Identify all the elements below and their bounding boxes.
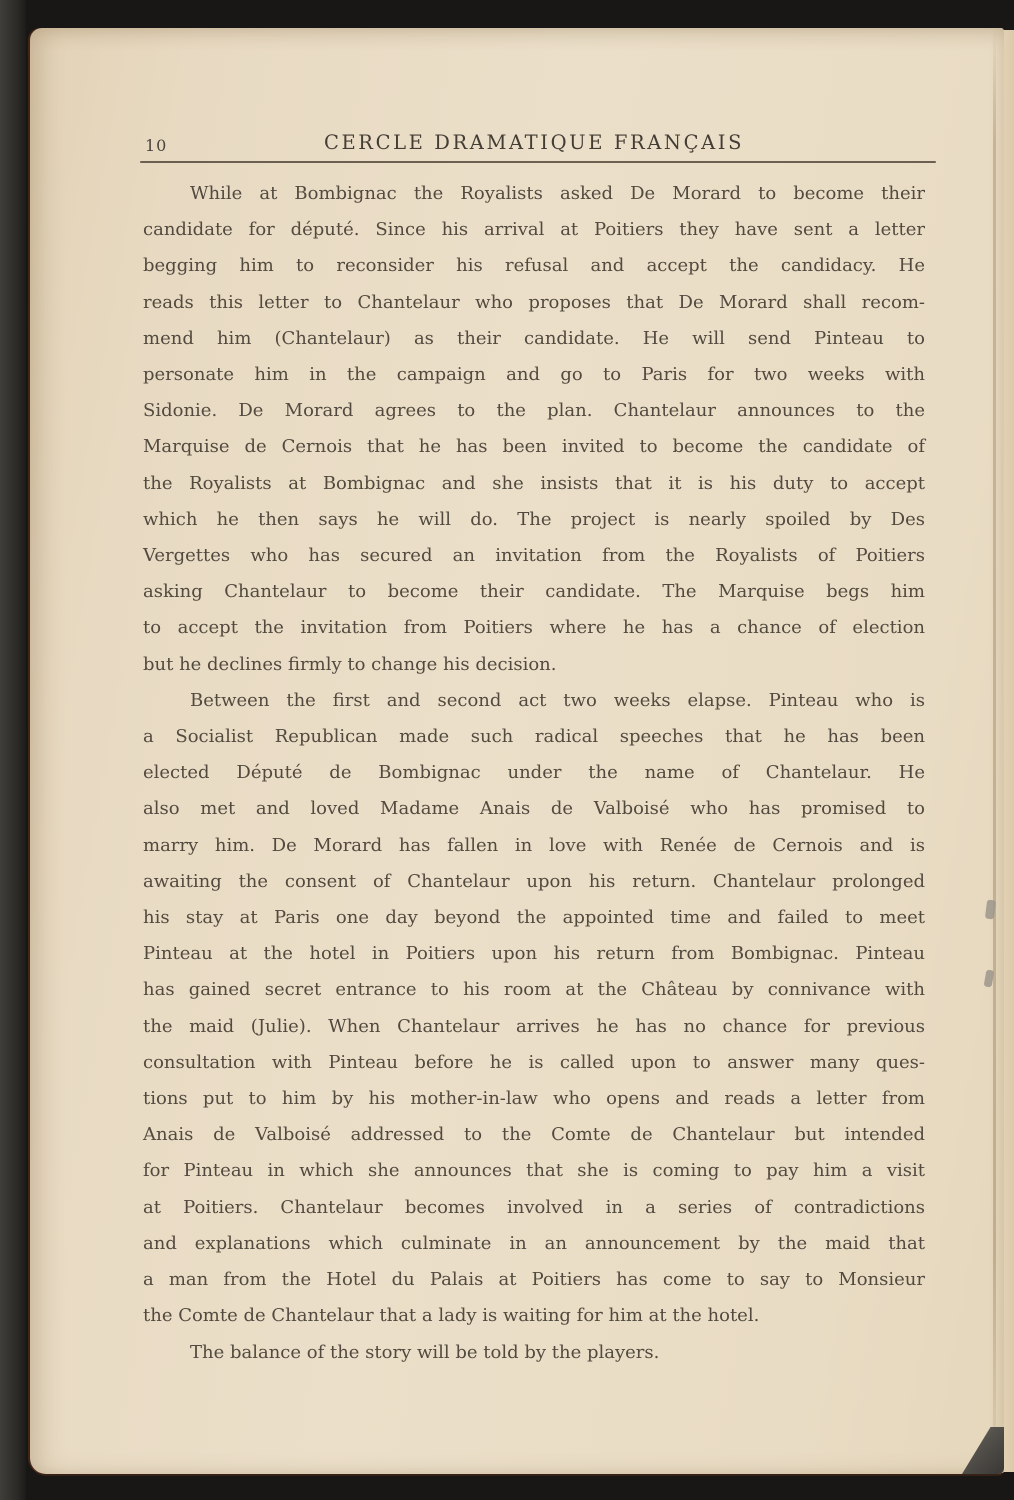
text-line: but he declines firmly to change his dec… (143, 647, 925, 683)
page-body: While at Bombignac the Royalists asked D… (143, 176, 925, 1371)
paragraph: The balance of the story will be told by… (143, 1335, 925, 1371)
text-line: to accept the invitation from Poitiers w… (143, 610, 925, 646)
text-line: a man from the Hotel du Palais at Poitie… (143, 1262, 925, 1298)
text-line: which he then says he will do. The proje… (143, 502, 925, 538)
text-line: marry him. De Morard has fallen in love … (143, 828, 925, 864)
text-line: tions put to him by his mother-in-law wh… (143, 1081, 925, 1117)
text-line: consultation with Pinteau before he is c… (143, 1045, 925, 1081)
text-line: awaiting the consent of Chantelaur upon … (143, 864, 925, 900)
text-line: Between the first and second act two wee… (143, 683, 925, 719)
text-line: and explanations which culminate in an a… (143, 1226, 925, 1262)
page-deckle-edge (993, 28, 996, 1474)
text-line: The balance of the story will be told by… (143, 1335, 925, 1371)
text-line: has gained secret entrance to his room a… (143, 972, 925, 1008)
text-line: Sidonie. De Morard agrees to the plan. C… (143, 393, 925, 429)
text-line: also met and loved Madame Anais de Valbo… (143, 791, 925, 827)
scanned-book-photo: 10 CERCLE DRAMATIQUE FRANÇAIS While at B… (0, 0, 1014, 1500)
text-line: asking Chantelaur to become their candid… (143, 574, 925, 610)
text-line: at Poitiers. Chantelaur becomes involved… (143, 1190, 925, 1226)
text-line: the Comte de Chantelaur that a lady is w… (143, 1298, 925, 1334)
text-line: the maid (Julie). When Chantelaur arrive… (143, 1009, 925, 1045)
text-line: Marquise de Cernois that he has been inv… (143, 429, 925, 465)
text-line: personate him in the campaign and go to … (143, 357, 925, 393)
text-line: While at Bombignac the Royalists asked D… (143, 176, 925, 212)
text-line: for Pinteau in which she announces that … (143, 1153, 925, 1189)
worn-corner (962, 1427, 1004, 1474)
paragraph: Between the first and second act two wee… (143, 683, 925, 1335)
text-line: Anais de Valboisé addressed to the Comte… (143, 1117, 925, 1153)
text-line: the Royalists at Bombignac and she insis… (143, 466, 925, 502)
header-rule (140, 161, 936, 163)
text-line: begging him to reconsider his refusal an… (143, 248, 925, 284)
text-line: his stay at Paris one day beyond the app… (143, 900, 925, 936)
paragraph: While at Bombignac the Royalists asked D… (143, 176, 925, 683)
page-sheet: 10 CERCLE DRAMATIQUE FRANÇAIS While at B… (30, 28, 1004, 1474)
page-header-title: CERCLE DRAMATIQUE FRANÇAIS (143, 131, 925, 154)
text-line: Pinteau at the hotel in Poitiers upon hi… (143, 936, 925, 972)
text-line: Vergettes who has secured an invitation … (143, 538, 925, 574)
text-line: reads this letter to Chantelaur who prop… (143, 285, 925, 321)
text-line: elected Député de Bombignac under the na… (143, 755, 925, 791)
text-line: a Socialist Republican made such radical… (143, 719, 925, 755)
text-line: mend him (Chantelaur) as their candidate… (143, 321, 925, 357)
book-spine-edge (0, 0, 26, 1500)
text-line: candidate for député. Since his arrival … (143, 212, 925, 248)
